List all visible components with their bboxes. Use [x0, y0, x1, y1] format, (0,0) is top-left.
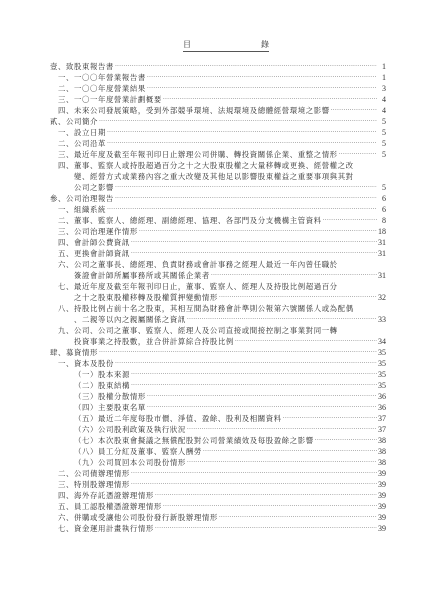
toc-entry-page-number: 39 — [378, 512, 386, 523]
dot-leader — [315, 435, 377, 446]
dot-leader — [107, 204, 377, 215]
toc-entry-page-number: 1 — [378, 61, 386, 72]
dot-leader — [139, 226, 377, 237]
dot-leader — [107, 138, 377, 149]
toc-entry-label: （八）員工分紅及董事、監察人酬勞 — [74, 446, 202, 457]
dot-leader — [131, 248, 377, 259]
toc-entry[interactable]: 四、董事、監察人或持股超過百分之十之大股東股權之大量移轉或更換、經營權之改 — [50, 160, 386, 171]
toc-entry[interactable]: 變、經營方式或業務內容之重大改變及其他足以影響股東權益之重要事項與其對 — [50, 171, 386, 182]
toc-entry-page-number: 5 — [378, 149, 386, 160]
toc-entry-page-number: 4 — [378, 94, 386, 105]
dot-leader — [187, 424, 377, 435]
toc-entry[interactable]: 二、董事、監察人、總經理、副總經理、協理、各部門及分支機構主管資料8 — [50, 215, 386, 226]
toc-entry-page-number: 6 — [378, 204, 386, 215]
toc-entry-page-number: 5 — [378, 138, 386, 149]
toc-entry-page-number: 31 — [378, 237, 386, 248]
dot-leader — [131, 369, 377, 380]
toc-entry-label: （六）公司股利政策及執行狀況 — [74, 424, 186, 435]
toc-entry[interactable]: 七、資金運用計畫執行情形39 — [50, 523, 386, 534]
toc-entry-page-number: 4 — [378, 105, 386, 116]
toc-entry-page-number: 39 — [378, 468, 386, 479]
toc-entry-label: 六、併購或受讓他公司股份發行新股辦理情形 — [58, 512, 218, 523]
toc-entry[interactable]: 、二親等以內之親屬關係之資訊33 — [50, 314, 386, 325]
toc-entry[interactable]: 壹、致股東報告書1 — [50, 61, 386, 72]
toc-entry-page-number: 39 — [378, 523, 386, 534]
dot-leader — [163, 501, 377, 512]
toc-entry[interactable]: 六、併購或受讓他公司股份發行新股辦理情形39 — [50, 512, 386, 523]
toc-entry-label: 一、一〇〇年營業報告書 — [58, 72, 146, 83]
toc-entry[interactable]: 一、一〇〇年營業報告書1 — [50, 72, 386, 83]
toc-entry-label: 二、董事、監察人、總經理、副總經理、協理、各部門及分支機構主管資料 — [58, 215, 322, 226]
toc-entry[interactable]: （九）公司買回本公司股份情形38 — [50, 457, 386, 468]
toc-entry-page-number: 36 — [378, 391, 386, 402]
toc-entry-label: 簽證會計師所屬事務所或其關係企業者 — [74, 270, 210, 281]
toc-entry-label: 五、更換會計師資訊 — [58, 248, 130, 259]
toc-entry[interactable]: （五）最近二年度每股市價、淨值、盈餘、股利及相關資料37 — [50, 413, 386, 424]
toc-entry-label: （五）最近二年度每股市價、淨值、盈餘、股利及相關資料 — [74, 413, 282, 424]
toc-entry-label: 八、持股比例占前十名之股東，其相互間為財務會計準則公報第六號關係人或為配偶 — [58, 303, 354, 314]
toc-entry[interactable]: （八）員工分紅及董事、監察人酬勞38 — [50, 446, 386, 457]
toc-entry[interactable]: （六）公司股利政策及執行狀況37 — [50, 424, 386, 435]
toc-entry[interactable]: 三、一〇一年度營業計劃概要4 — [50, 94, 386, 105]
toc-entry-label: 二、一〇〇年度營業結果 — [58, 83, 146, 94]
dot-leader — [147, 72, 377, 83]
toc-entry[interactable]: 二、公司沿革5 — [50, 138, 386, 149]
toc-entry[interactable]: （二）股東結構35 — [50, 380, 386, 391]
toc-entry-page-number: 38 — [378, 435, 386, 446]
dot-leader — [147, 83, 377, 94]
toc-entry-label: 五、員工認股權憑證辦理情形 — [58, 501, 162, 512]
toc-entry-page-number: 35 — [378, 347, 386, 358]
toc-entry-page-number: 37 — [378, 413, 386, 424]
toc-entry[interactable]: 八、持股比例占前十名之股東，其相互間為財務會計準則公報第六號關係人或為配偶 — [50, 303, 386, 314]
toc-entry-label: 四、未來公司發展策略，受到外部競爭環境、法規環境及總體經營環境之影響 — [58, 105, 330, 116]
toc-entry-page-number: 5 — [378, 127, 386, 138]
toc-entry[interactable]: 三、最近年度及截至年報刊印日止辦理公司併購、轉投資關係企業、重整之情形5 — [50, 149, 386, 160]
dot-leader — [115, 182, 377, 193]
dot-leader — [131, 468, 377, 479]
toc-entry-label: 、二親等以內之親屬關係之資訊 — [74, 314, 186, 325]
toc-entry-label: 九、公司、公司之董事、監察人、經理人及公司直接或間接控制之事業對同一轉 — [58, 325, 338, 336]
toc-entry[interactable]: 參、公司治理報告6 — [50, 193, 386, 204]
toc-entry-label: 變、經營方式或業務內容之重大改變及其他足以影響股東權益之重要事項與其對 — [74, 171, 354, 182]
toc-entry-label: 參、公司治理報告 — [50, 193, 114, 204]
toc-entry-page-number: 3 — [378, 83, 386, 94]
toc-entry-page-number: 6 — [378, 193, 386, 204]
page-title: 目 錄 — [183, 38, 269, 52]
title-right-char: 錄 — [261, 38, 269, 51]
dot-leader — [115, 61, 377, 72]
dot-leader — [99, 347, 377, 358]
toc-entry-label: （一）股本來源 — [74, 369, 130, 380]
toc-entry-label: （二）股東結構 — [74, 380, 130, 391]
toc-entry-label: 六、公司之董事長、總經理、負責財務或會計事務之經理人最近一年內曾任職於 — [58, 259, 338, 270]
dot-leader — [187, 314, 377, 325]
toc-entry[interactable]: 貳、公司簡介5 — [50, 116, 386, 127]
toc-entry-label: （四）主要股東名單 — [74, 402, 146, 413]
dot-leader — [107, 127, 377, 138]
toc-entry[interactable]: 二、一〇〇年度營業結果3 — [50, 83, 386, 94]
toc-entry-label: 三、特別股辦理情形 — [58, 479, 130, 490]
toc-entry[interactable]: 一、資本及股份35 — [50, 358, 386, 369]
toc-entry[interactable]: 一、組織系統6 — [50, 204, 386, 215]
table-of-contents: 壹、致股東報告書1一、一〇〇年營業報告書1二、一〇〇年度營業結果3三、一〇一年度… — [50, 61, 386, 534]
toc-entry[interactable]: 三、公司治理運作情形18 — [50, 226, 386, 237]
dot-leader — [155, 490, 377, 501]
dot-leader — [155, 523, 377, 534]
toc-entry-page-number: 35 — [378, 369, 386, 380]
toc-entry-page-number: 36 — [378, 402, 386, 413]
toc-entry-label: 二、公司債辦理情形 — [58, 468, 130, 479]
toc-entry[interactable]: 投資事業之持股數，並合併計算綜合持股比例34 — [50, 336, 386, 347]
toc-entry[interactable]: 肆、募資情形35 — [50, 347, 386, 358]
toc-entry[interactable]: 九、公司、公司之董事、監察人、經理人及公司直接或間接控制之事業對同一轉 — [50, 325, 386, 336]
toc-entry-label: 二、公司沿革 — [58, 138, 106, 149]
toc-entry[interactable]: （一）股本來源35 — [50, 369, 386, 380]
toc-entry-page-number: 39 — [378, 490, 386, 501]
toc-entry[interactable]: 三、特別股辦理情形39 — [50, 479, 386, 490]
dot-leader — [115, 358, 377, 369]
toc-entry[interactable]: 之十之股東股權移轉及股權質押變動情形32 — [50, 292, 386, 303]
toc-entry[interactable]: 二、公司債辦理情形39 — [50, 468, 386, 479]
dot-leader — [115, 193, 377, 204]
toc-entry-label: （三）股權分散情形 — [74, 391, 146, 402]
toc-entry-page-number: 32 — [378, 292, 386, 303]
toc-entry-page-number: 38 — [378, 457, 386, 468]
toc-entry[interactable]: （七）本次股東會擬議之無償配股對公司營業績效及每股盈餘之影響38 — [50, 435, 386, 446]
toc-entry-label: 三、最近年度及截至年報刊印日止辦理公司併購、轉投資關係企業、重整之情形 — [58, 149, 338, 160]
toc-entry-label: 七、最近年度及截至年報刊印日止，董事、監察人、經理人及持股比例超過百分 — [58, 281, 338, 292]
dot-leader — [219, 512, 377, 523]
toc-entry-page-number: 37 — [378, 424, 386, 435]
toc-entry[interactable]: 一、設立日期5 — [50, 127, 386, 138]
toc-entry-label: 四、會計師公費資訊 — [58, 237, 130, 248]
toc-entry[interactable]: 簽證會計師所屬事務所或其關係企業者31 — [50, 270, 386, 281]
dot-leader — [283, 413, 377, 424]
dot-leader — [331, 105, 377, 116]
toc-entry-label: 三、公司治理運作情形 — [58, 226, 138, 237]
title-left-char: 目 — [183, 38, 191, 51]
dot-leader — [147, 391, 377, 402]
toc-entry-page-number: 33 — [378, 314, 386, 325]
toc-entry[interactable]: 四、未來公司發展策略，受到外部競爭環境、法規環境及總體經營環境之影響4 — [50, 105, 386, 116]
dot-leader — [211, 270, 377, 281]
toc-entry-page-number: 34 — [378, 336, 386, 347]
toc-entry-page-number: 31 — [378, 270, 386, 281]
toc-entry-page-number: 35 — [378, 358, 386, 369]
toc-entry-label: 七、資金運用計畫執行情形 — [58, 523, 154, 534]
toc-entry-page-number: 18 — [378, 226, 386, 237]
toc-entry-page-number: 38 — [378, 446, 386, 457]
dot-leader — [163, 94, 377, 105]
toc-entry-label: 貳、公司簡介 — [50, 116, 98, 127]
toc-entry-label: 一、設立日期 — [58, 127, 106, 138]
dot-leader — [131, 479, 377, 490]
dot-leader — [235, 336, 377, 347]
dot-leader — [339, 149, 377, 160]
toc-entry[interactable]: 五、員工認股權憑證辦理情形39 — [50, 501, 386, 512]
toc-entry[interactable]: 公司之影響5 — [50, 182, 386, 193]
toc-entry[interactable]: 四、會計師公費資訊31 — [50, 237, 386, 248]
toc-entry-label: 一、資本及股份 — [58, 358, 114, 369]
toc-entry[interactable]: （四）主要股東名單36 — [50, 402, 386, 413]
toc-entry-page-number: 8 — [378, 215, 386, 226]
toc-entry[interactable]: （三）股權分散情形36 — [50, 391, 386, 402]
toc-entry[interactable]: 四、海外存託憑證辦理情形39 — [50, 490, 386, 501]
toc-entry[interactable]: 七、最近年度及截至年報刊印日止，董事、監察人、經理人及持股比例超過百分 — [50, 281, 386, 292]
dot-leader — [187, 457, 377, 468]
dot-leader — [131, 380, 377, 391]
toc-entry-page-number: 39 — [378, 501, 386, 512]
toc-entry-label: 一、組織系統 — [58, 204, 106, 215]
toc-entry-label: 四、董事、監察人或持股超過百分之十之大股東股權之大量移轉或更換、經營權之改 — [58, 160, 354, 171]
toc-entry-page-number: 31 — [378, 248, 386, 259]
toc-entry-page-number: 5 — [378, 116, 386, 127]
toc-entry-page-number: 35 — [378, 380, 386, 391]
toc-entry-page-number: 5 — [378, 182, 386, 193]
toc-entry-label: 壹、致股東報告書 — [50, 61, 114, 72]
dot-leader — [147, 402, 377, 413]
dot-leader — [203, 446, 377, 457]
toc-entry[interactable]: 六、公司之董事長、總經理、負責財務或會計事務之經理人最近一年內曾任職於 — [50, 259, 386, 270]
toc-entry[interactable]: 五、更換會計師資訊31 — [50, 248, 386, 259]
toc-entry-label: 之十之股東股權移轉及股權質押變動情形 — [74, 292, 218, 303]
dot-leader — [219, 292, 377, 303]
toc-entry-label: 肆、募資情形 — [50, 347, 98, 358]
dot-leader — [323, 215, 377, 226]
toc-entry-label: 公司之影響 — [74, 182, 114, 193]
document-page: 目 錄 壹、致股東報告書1一、一〇〇年營業報告書1二、一〇〇年度營業結果3三、一… — [0, 0, 425, 600]
toc-entry-label: （九）公司買回本公司股份情形 — [74, 457, 186, 468]
dot-leader — [131, 237, 377, 248]
toc-entry-label: 三、一〇一年度營業計劃概要 — [58, 94, 162, 105]
dot-leader — [99, 116, 377, 127]
toc-entry-label: （七）本次股東會擬議之無償配股對公司營業績效及每股盈餘之影響 — [74, 435, 314, 446]
toc-entry-label: 投資事業之持股數，並合併計算綜合持股比例 — [74, 336, 234, 347]
toc-entry-page-number: 39 — [378, 479, 386, 490]
toc-entry-page-number: 1 — [378, 72, 386, 83]
toc-entry-label: 四、海外存託憑證辦理情形 — [58, 490, 154, 501]
